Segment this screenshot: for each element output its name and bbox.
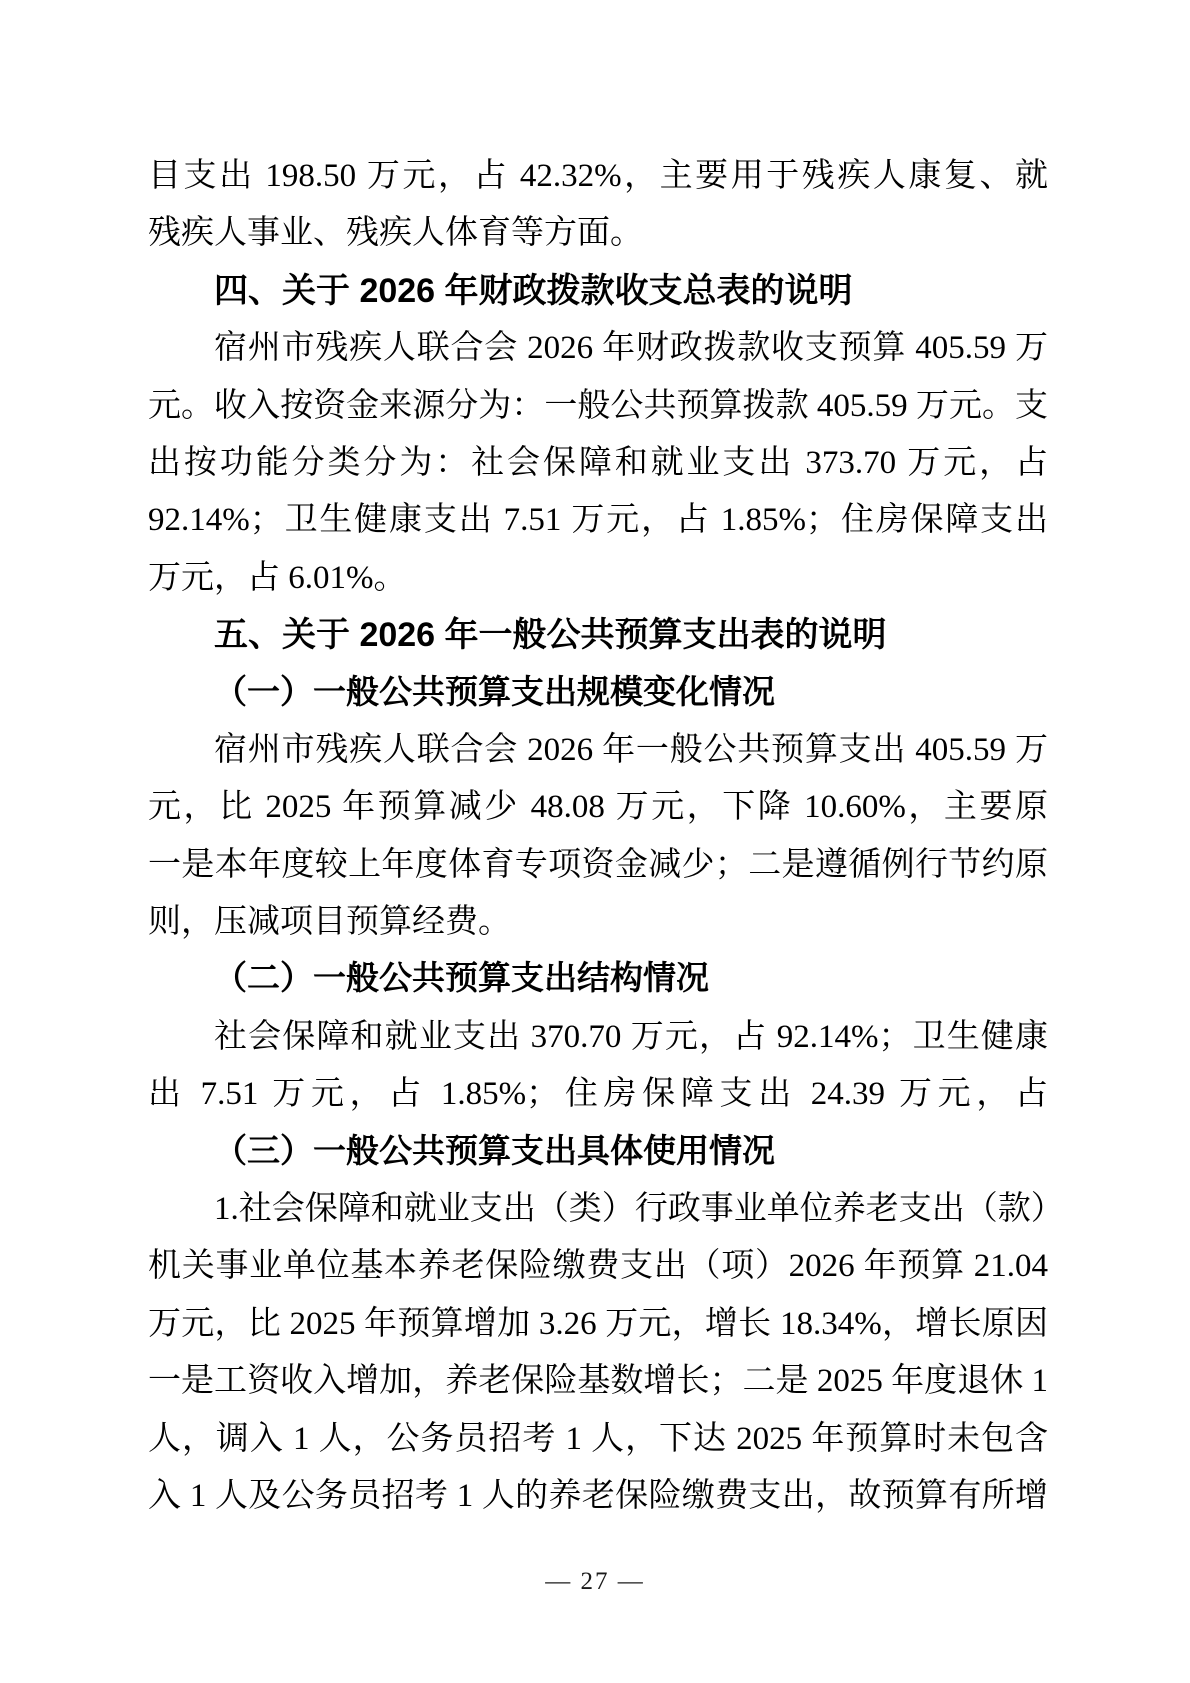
subsection-heading: （三）一般公共预算支出具体使用情况 bbox=[148, 1124, 1048, 1181]
paragraph-line: 万元，比 2025 年预算增加 3.26 万元，增长 18.34%，增长原因 bbox=[148, 1296, 1048, 1353]
paragraph-line: 目支出 198.50 万元，占 42.32%，主要用于残疾人康复、就业、 bbox=[148, 148, 1048, 205]
subsection-heading: （二）一般公共预算支出结构情况 bbox=[148, 951, 1048, 1008]
paragraph-line: 宿州市残疾人联合会 2026 年财政拨款收支预算 405.59 万 bbox=[148, 320, 1048, 377]
paragraph-line: 元。收入按资金来源分为：一般公共预算拨款 405.59 万元。支 bbox=[148, 378, 1048, 435]
paragraph-line: 万元，占 6.01%。 bbox=[148, 550, 1048, 607]
paragraph-line: 机关事业单位基本养老保险缴费支出（项）2026 年预算 21.04 bbox=[148, 1238, 1048, 1295]
paragraph-line: 出 7.51 万元，占 1.85%；住房保障支出 24.39 万元，占 6.01… bbox=[148, 1066, 1048, 1123]
paragraph-line: 宿州市残疾人联合会 2026 年一般公共预算支出 405.59 万 bbox=[148, 722, 1048, 779]
section-heading: 四、关于 2026 年财政拨款收支总表的说明 bbox=[148, 263, 1048, 320]
paragraph-line: 残疾人事业、残疾人体育等方面。 bbox=[148, 205, 1048, 262]
paragraph-line: 92.14%；卫生健康支出 7.51 万元，占 1.85%；住房保障支出 24.… bbox=[148, 492, 1048, 549]
paragraph-line: 则，压减项目预算经费。 bbox=[148, 894, 1048, 951]
document-body: 目支出 198.50 万元，占 42.32%，主要用于残疾人康复、就业、 残疾人… bbox=[148, 148, 1048, 1525]
paragraph-line: 一是本年度较上年度体育专项资金减少；二是遵循例行节约原 bbox=[148, 837, 1048, 894]
page-number: — 27 — bbox=[0, 1568, 1190, 1596]
paragraph-line: 元，比 2025 年预算减少 48.08 万元，下降 10.60%，主要原因： bbox=[148, 779, 1048, 836]
subsection-heading: （一）一般公共预算支出规模变化情况 bbox=[148, 665, 1048, 722]
paragraph-line: 一是工资收入增加，养老保险基数增长；二是 2025 年度退休 1 bbox=[148, 1353, 1048, 1410]
paragraph-line: 社会保障和就业支出 370.70 万元，占 92.14%；卫生健康支 bbox=[148, 1009, 1048, 1066]
paragraph-line: 人，调入 1 人，公务员招考 1 人，下达 2025 年预算时未包含调 bbox=[148, 1411, 1048, 1468]
section-heading: 五、关于 2026 年一般公共预算支出表的说明 bbox=[148, 607, 1048, 664]
paragraph-line: 1.社会保障和就业支出（类）行政事业单位养老支出（款） bbox=[148, 1181, 1048, 1238]
paragraph-line: 出按功能分类分为：社会保障和就业支出 373.70 万元，占 bbox=[148, 435, 1048, 492]
document-page: 目支出 198.50 万元，占 42.32%，主要用于残疾人康复、就业、 残疾人… bbox=[0, 0, 1190, 1683]
paragraph-line: 入 1 人及公务员招考 1 人的养老保险缴费支出，故预算有所增加。 bbox=[148, 1468, 1048, 1525]
